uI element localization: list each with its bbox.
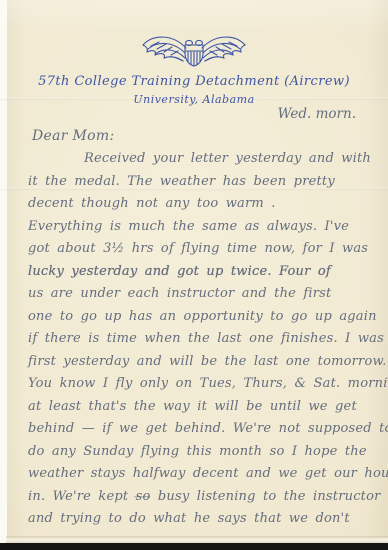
letter-body: Received your letter yesterday and with … [28, 148, 376, 531]
pilot-wings-emblem [139, 30, 249, 72]
letter-line: got about 3½ hrs of flying time now, for… [28, 238, 376, 261]
letter-line: if there is time when the last one finis… [28, 328, 376, 351]
letter-date: Wed. morn. [278, 106, 356, 122]
wing-left [143, 37, 186, 61]
letterhead-unit: 57th College Training Detachment (Aircre… [0, 74, 388, 89]
letter-line: lucky yesterday and got up twice. Four o… [28, 261, 376, 284]
letter-line: behind — if we get behind. We're not sup… [28, 418, 376, 441]
letter-line: decent though not any too warm . [28, 193, 376, 216]
shield [185, 40, 203, 66]
letter-line: one to go up has an opportunity to go up… [28, 306, 376, 329]
letter-salutation: Dear Mom: [32, 128, 114, 144]
letter-line: You know I fly only on Tues, Thurs, & Sa… [28, 373, 376, 396]
letter-line: it the medal. The weather has been prett… [28, 171, 376, 194]
letter-line: us are under each instructor and the fir… [28, 283, 376, 306]
letter-line: at least that's the way it will be until… [28, 396, 376, 419]
letterhead-location: University, Alabama [0, 93, 388, 106]
backdrop-shadow [0, 543, 388, 550]
letter-line: and trying to do what he says that we do… [28, 508, 376, 531]
letter-line: first yesterday and will be the last one… [28, 351, 376, 374]
letter-line: Received your letter yesterday and with [28, 148, 376, 171]
letter-line: Everything is much the same as always. I… [28, 216, 376, 239]
letter-line: in. We're kept s̶o̶ busy listening to th… [28, 486, 376, 509]
letter-line: weather stays halfway decent and we get … [28, 463, 376, 486]
wing-right [202, 37, 245, 61]
letter-photograph: 57th College Training Detachment (Aircre… [0, 0, 388, 550]
letter-line: do any Sunday flying this month so I hop… [28, 441, 376, 464]
